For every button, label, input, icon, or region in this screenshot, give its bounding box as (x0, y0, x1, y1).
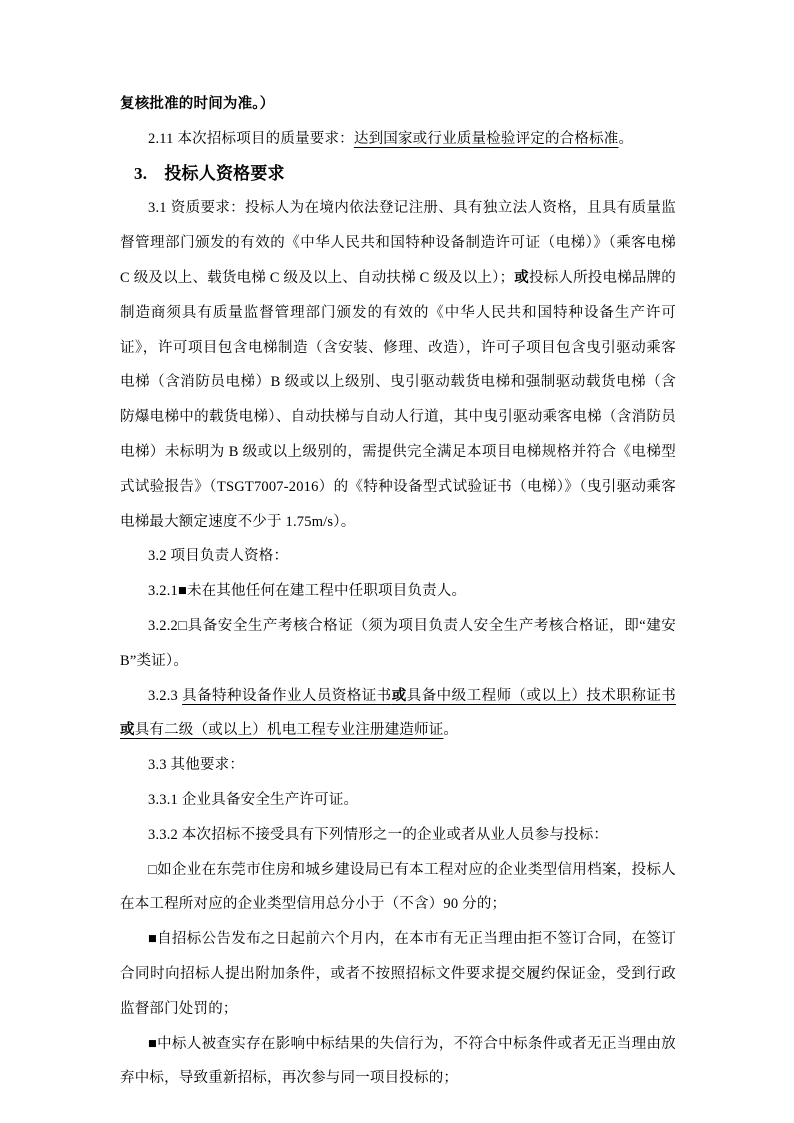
text-run: 3.3.2 本次招标不接受具有下列情形之一的企业或者从业人员参与投标： (148, 827, 608, 843)
text-run: 或 (392, 688, 407, 704)
text-run: 复核批准的时间为准。） (120, 96, 274, 112)
paragraph: 2.11 本次招标项目的质量要求：达到国家或行业质量检验评定的合格标准。 (120, 122, 676, 157)
paragraph: 3.1 资质要求：投标人为在境内依法登记注册、具有独立法人资格，且具有质量监督管… (120, 191, 676, 539)
text-run: □如企业在东莞市住房和城乡建设局已有本工程对应的企业类型信用档案，投标人在本工程… (120, 862, 676, 913)
text-run: 。 (618, 131, 633, 147)
document-content: 复核批准的时间为准。）2.11 本次招标项目的质量要求：达到国家或行业质量检验评… (120, 87, 676, 1096)
paragraph: 3.3.1 企业具备安全生产许可证。 (120, 783, 676, 818)
paragraph: 复核批准的时间为准。） (120, 87, 676, 122)
paragraph: 3.2 项目负责人资格： (120, 539, 676, 574)
text-run: 3.3 其他要求： (148, 757, 244, 773)
document-page: 复核批准的时间为准。）2.11 本次招标项目的质量要求：达到国家或行业质量检验评… (0, 0, 794, 1123)
paragraph: ■自招标公告发布之日起前六个月内，在本市有无正当理由拒不签订合同，在签订合同时向… (120, 922, 676, 1026)
text-run: 投标人所投电梯品牌的制造商须具有质量监督管理部门颁发的有效的《中华人民共和国特种… (120, 270, 676, 530)
text-run: 3.2.3 (148, 688, 182, 704)
text-run: 具有二级（或以上）机电工程专业注册建造师证 (135, 722, 444, 738)
text-run: 3.2.2□具备安全生产考核合格证（须为项目负责人安全生产考核合格证，即“建安 … (120, 618, 676, 669)
text-run: 达到国家或行业质量检验评定的合格标准 (354, 131, 619, 147)
text-run: 或 (120, 722, 135, 738)
paragraph: 3.3.2 本次招标不接受具有下列情形之一的企业或者从业人员参与投标： (120, 818, 676, 853)
paragraph: 3.2.2□具备安全生产考核合格证（须为项目负责人安全生产考核合格证，即“建安 … (120, 609, 676, 679)
text-run: ■中标人被查实存在影响中标结果的失信行为，不符合中标条件或者无正当理由放弃中标，… (120, 1036, 676, 1087)
paragraph: □如企业在东莞市住房和城乡建设局已有本工程对应的企业类型信用档案，投标人在本工程… (120, 853, 676, 923)
paragraph: ■中标人被查实存在影响中标结果的失信行为，不符合中标条件或者无正当理由放弃中标，… (120, 1027, 676, 1097)
text-run: 2.11 本次招标项目的质量要求： (148, 131, 354, 147)
text-run: 具备中级工程师（或以上）技术职称证书 (407, 688, 676, 704)
text-run: ■自招标公告发布之日起前六个月内，在本市有无正当理由拒不签订合同，在签订合同时向… (120, 931, 676, 1017)
paragraph: 3.2.3 具备特种设备作业人员资格证书或具备中级工程师（或以上）技术职称证书或… (120, 679, 676, 749)
text-run: 3.3.1 企业具备安全生产许可证。 (148, 792, 358, 808)
text-run: 3.2 项目负责人资格： (148, 548, 288, 564)
text-run: 3.2.1■未在其他任何在建工程中任职项目负责人。 (148, 583, 466, 599)
text-run: 具备特种设备作业人员资格证书 (182, 688, 392, 704)
section-heading: 3. 投标人资格要求 (120, 157, 676, 192)
text-run: 或 (514, 270, 529, 286)
paragraph: 3.3 其他要求： (120, 748, 676, 783)
text-run: 。 (443, 722, 458, 738)
paragraph: 3.2.1■未在其他任何在建工程中任职项目负责人。 (120, 574, 676, 609)
text-run: 3. 投标人资格要求 (134, 164, 285, 183)
